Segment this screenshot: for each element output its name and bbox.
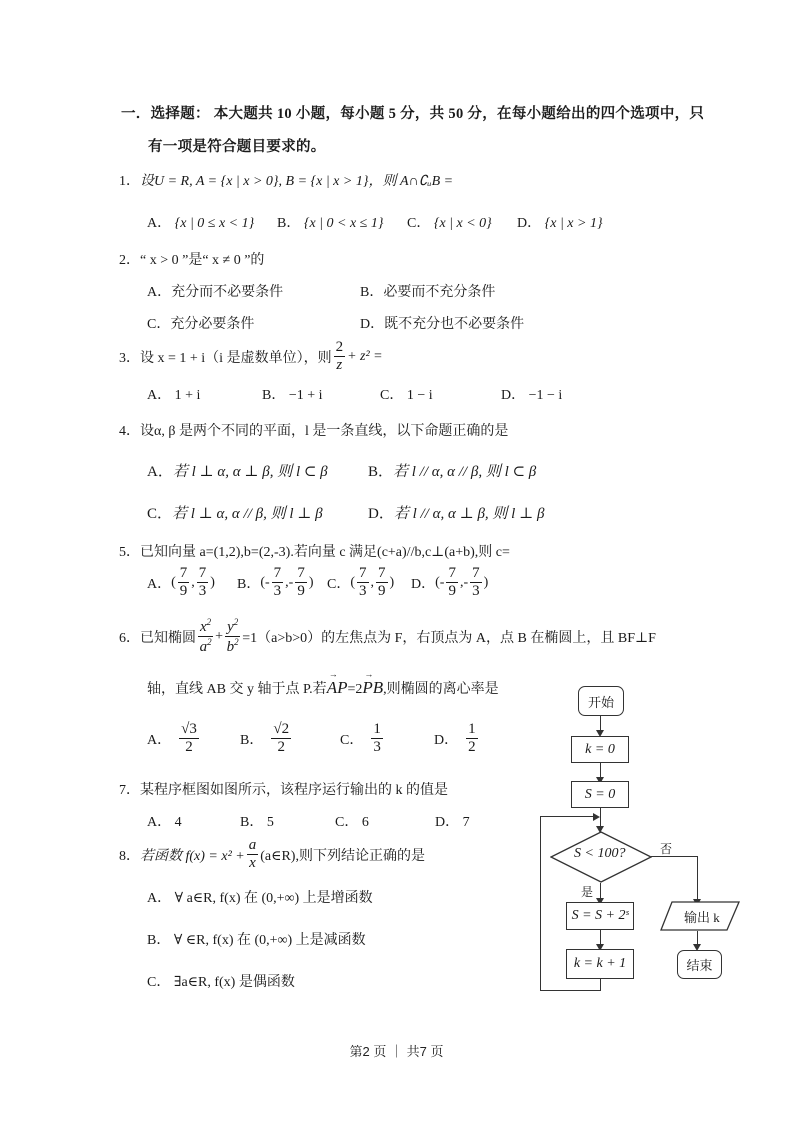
vector-pb: PB — [362, 678, 383, 698]
q5-option-d: D．(- 79,- 73) — [411, 566, 488, 599]
page-footer: 第2 页 ｜ 共7 页 — [0, 1041, 793, 1060]
question-5-stem: 5．已知向量 a=(1,2),b=(2,-3).若向量 c 满足(c+a)//b… — [119, 541, 510, 561]
question-1-stem: 1．设U = R, A = {x | x > 0}, B = {x | x > … — [119, 170, 453, 190]
q3-option-b: B． −1 + i — [262, 384, 323, 404]
q4-option-d: D．若 l // α, α ⊥ β, 则 l ⊥ β — [368, 502, 544, 523]
q6-option-a: A．√32 — [147, 722, 201, 755]
question-2-stem: 2．“ x > 0 ”是“ x ≠ 0 ”的 — [119, 249, 264, 269]
q8-option-c: C． ∃a∈R, f(x) 是偶函数 — [147, 971, 295, 991]
question-number: 1． — [119, 174, 140, 189]
q6-option-d: D．12 — [434, 722, 480, 755]
q2-option-a: A．充分而不必要条件 — [147, 281, 283, 301]
q5-option-c: C．( 73, 79) — [327, 566, 394, 599]
section-heading-line1: 一．选择题： 本大题共 10 小题，每小题 5 分，共 50 分，在每小题给出的… — [121, 102, 704, 123]
q4-option-b: B．若 l // α, α // β, 则 l ⊂ β — [368, 460, 536, 481]
q7-option-a: A． 4 — [147, 811, 182, 831]
q3-option-a: A． 1 + i — [147, 384, 200, 404]
question-6-line2: 轴，直线 AB 交 y 轴于点 P.若 AP =2 PB ,则椭圆的离心率是 — [147, 678, 499, 698]
question-6-stem: 6．已知椭圆 x2a2+y2b2 =1（a>b>0）的左焦点为 F，右顶点为 A… — [119, 618, 656, 655]
q7-option-b: B． 5 — [240, 811, 274, 831]
q2-option-d: D．既不充分也不必要条件 — [360, 313, 524, 333]
question-3-stem: 3．设 x = 1 + i（i 是虚数单位），则 2z + z² = — [119, 340, 383, 373]
q7-option-c: C． 6 — [335, 811, 369, 831]
flow-condition: S < 100? — [574, 846, 625, 862]
flow-start: 开始 — [578, 686, 624, 716]
section-heading-line2: 有一项是符合题目要求的。 — [148, 135, 326, 156]
q5-option-a: A．( 79, 73) — [147, 566, 215, 599]
q4-option-c: C．若 l ⊥ α, α // β, 则 l ⊥ β — [147, 502, 323, 523]
q5-option-b: B．(- 73,- 79) — [237, 566, 314, 599]
q1-option-a: A． {x | 0 ≤ x < 1} — [147, 212, 254, 232]
flow-update-k: k = k + 1 — [566, 949, 634, 979]
q1-option-b: B． {x | 0 < x ≤ 1} — [277, 212, 383, 232]
q3-option-c: C． 1 − i — [380, 384, 433, 404]
q1-option-c: C． {x | x < 0} — [407, 212, 492, 232]
question-8-stem: 8．若函数 f(x) = x² + ax (a∈R),则下列结论正确的是 — [119, 838, 425, 871]
q8-option-b: B． ∀ ∈R, f(x) 在 (0,+∞) 上是减函数 — [147, 929, 366, 949]
q6-option-b: B．√22 — [240, 722, 293, 755]
flow-update-s: S = S + 2ˢ — [566, 902, 634, 930]
q1-option-d: D． {x | x > 1} — [517, 212, 603, 232]
q8-option-a: A． ∀ a∈R, f(x) 在 (0,+∞) 上是增函数 — [147, 887, 373, 907]
q4-option-a: A．若 l ⊥ α, α ⊥ β, 则 l ⊂ β — [147, 460, 328, 481]
vector-ap: AP — [327, 678, 348, 698]
flow-output: 输出 k — [684, 907, 720, 926]
flow-end: 结束 — [677, 950, 722, 979]
question-7-stem: 7．某程序框图如图所示，该程序运行输出的 k 的值是 — [119, 779, 448, 799]
flow-no-label: 否 — [660, 840, 672, 857]
q3-option-d: D． −1 − i — [501, 384, 562, 404]
question-text: 设U = R, A = {x | x > 0}, B = {x | x > 1}… — [140, 174, 453, 189]
fraction: 2z — [334, 340, 346, 373]
q6-option-c: C．13 — [340, 722, 385, 755]
q7-option-d: D． 7 — [435, 811, 470, 831]
q2-option-c: C．充分必要条件 — [147, 313, 254, 333]
flow-init-k: k = 0 — [571, 736, 629, 763]
q2-option-b: B．必要而不充分条件 — [360, 281, 495, 301]
question-4-stem: 4．设α, β 是两个不同的平面，l 是一条直线，以下命题正确的是 — [119, 420, 508, 440]
flow-init-s: S = 0 — [571, 781, 629, 808]
flow-yes-label: 是 — [581, 883, 593, 900]
